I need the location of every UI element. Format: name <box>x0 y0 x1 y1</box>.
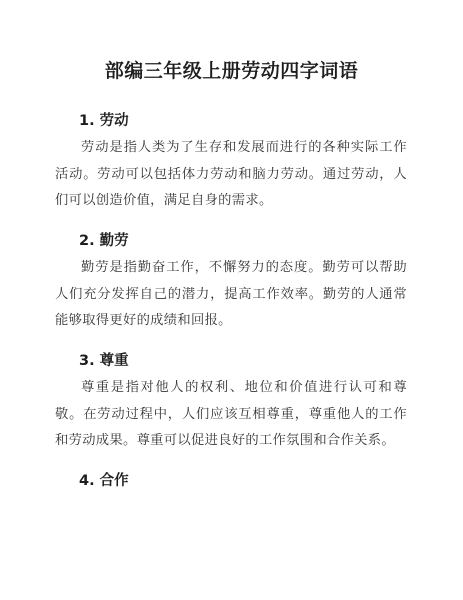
section-body: 尊重是指对他人的权利、地位和价值进行认可和尊敬。在劳动过程中，人们应该互相尊重，… <box>55 375 407 455</box>
document-title: 部编三年级上册劳动四字词语 <box>0 56 463 83</box>
section-heading: 2. 勤劳 <box>79 229 407 253</box>
section-body: 劳动是指人类为了生存和发展而进行的各种实际工作活动。劳动可以包括体力劳动和脑力劳… <box>55 135 407 215</box>
section-body: 勤劳是指勤奋工作，不懈努力的态度。勤劳可以帮助人们充分发挥自己的潜力，提高工作效… <box>55 255 407 335</box>
section-labor: 1. 劳动 劳动是指人类为了生存和发展而进行的各种实际工作活动。劳动可以包括体力… <box>55 109 407 215</box>
section-cooperation: 4. 合作 <box>55 469 407 493</box>
section-diligence: 2. 勤劳 勤劳是指勤奋工作，不懈努力的态度。勤劳可以帮助人们充分发挥自己的潜力… <box>55 229 407 335</box>
section-respect: 3. 尊重 尊重是指对他人的权利、地位和价值进行认可和尊敬。在劳动过程中，人们应… <box>55 349 407 455</box>
section-heading: 4. 合作 <box>79 469 407 493</box>
section-heading: 3. 尊重 <box>79 349 407 373</box>
section-heading: 1. 劳动 <box>79 109 407 133</box>
